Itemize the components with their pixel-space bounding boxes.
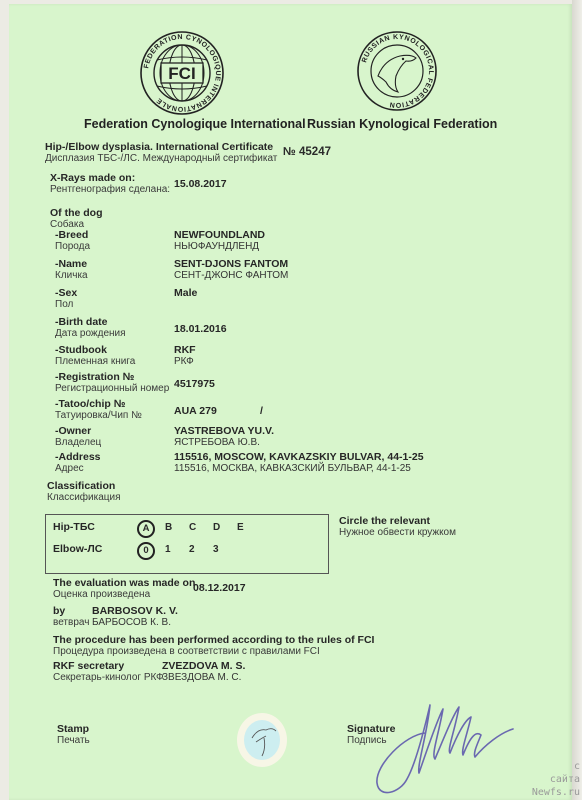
- fci-logo-icon: FCI FEDERATION CYNOLOGIQUE INTERNATIONAL…: [139, 30, 225, 116]
- field-value-en: Male: [174, 287, 197, 299]
- secretary-label-ru: Секретарь-кинолог РКФ: [53, 672, 164, 683]
- field-value-ru: СЕНТ-ДЖОНС ФАНТОМ: [174, 270, 288, 281]
- watermark: с сайта Newfs.ru: [532, 760, 580, 799]
- field-value-en: AUA 279: [174, 405, 217, 417]
- dog-section-label-en: Of the dog: [50, 207, 103, 219]
- field-separator: /: [260, 405, 263, 417]
- field-label-ru: Пол: [55, 299, 73, 310]
- classification-label-ru: Классификация: [47, 492, 121, 503]
- field-label-en: -Tatoo/chip №: [55, 398, 125, 410]
- field-label-ru: Порода: [55, 241, 90, 252]
- stamp-label-ru: Печать: [57, 735, 90, 746]
- field-label-en: -Owner: [55, 425, 91, 437]
- field-label-en: -Address: [55, 451, 101, 463]
- watermark-line-3: Newfs.ru: [532, 786, 580, 799]
- hip-grade-b[interactable]: B: [165, 522, 172, 533]
- field-label-en: -Birth date: [55, 316, 108, 328]
- classification-label-en: Classification: [47, 480, 115, 492]
- signature-icon: [355, 695, 515, 800]
- by-label-ru: ветврач: [53, 617, 89, 628]
- hologram-stamp-icon: [236, 712, 288, 768]
- field-label-en: -Breed: [55, 229, 88, 241]
- field-label-ru: Владелец: [55, 437, 101, 448]
- rkf-logo-icon: RUSSIAN KYNOLOGICAL FEDERATION: [356, 30, 438, 112]
- procedure-text-ru: Процедура произведена в соответствии с п…: [53, 646, 320, 657]
- field-label-en: -Studbook: [55, 344, 107, 356]
- elbow-grade-1[interactable]: 1: [165, 544, 171, 555]
- secretary-label-en: RKF secretary: [53, 660, 124, 672]
- evaluation-label-ru: Оценка произведена: [53, 589, 150, 600]
- xray-label-ru: Рентгенография сделана:: [50, 184, 170, 195]
- certificate-number: № 45247: [283, 146, 331, 158]
- watermark-line-1: с: [532, 760, 580, 773]
- hip-grade-c[interactable]: C: [189, 522, 196, 533]
- elbow-grade-2[interactable]: 2: [189, 544, 195, 555]
- field-value-en: 4517975: [174, 378, 215, 390]
- field-value-ru: НЬЮФАУНДЛЕНД: [174, 241, 259, 252]
- field-label-ru: Кличка: [55, 270, 88, 281]
- field-value-en: SENT-DJONS FANTOM: [174, 258, 288, 270]
- field-value-en: RKF: [174, 344, 196, 356]
- stamp-label-en: Stamp: [57, 723, 89, 735]
- svg-text:FCI: FCI: [168, 64, 195, 83]
- watermark-line-2: сайта: [532, 773, 580, 786]
- field-label-en: -Name: [55, 258, 87, 270]
- scan-edge: [572, 0, 582, 800]
- field-value-ru: ЯСТРЕБОВА Ю.В.: [174, 437, 260, 448]
- field-value-en: NEWFOUNDLAND: [174, 229, 265, 241]
- elbow-label: Elbow-ЛС: [53, 543, 102, 555]
- secretary-name-en: ZVEZDOVA M. S.: [162, 660, 245, 672]
- circle-note-ru: Нужное обвести кружком: [339, 527, 456, 538]
- vet-name-en: BARBOSOV K. V.: [92, 605, 178, 617]
- vet-name-ru: БАРБОСОВ К. В.: [92, 617, 171, 628]
- xray-date: 15.08.2017: [174, 178, 227, 190]
- hip-label: Hip-ТБС: [53, 521, 95, 533]
- field-label-ru: Регистрационный номер: [55, 383, 169, 394]
- fci-org-name: Federation Cynologique International: [84, 117, 306, 131]
- elbow-grade-3[interactable]: 3: [213, 544, 219, 555]
- certificate-title-en: Hip-/Elbow dysplasia. International Cert…: [45, 141, 273, 153]
- field-label-ru: Адрес: [55, 463, 84, 474]
- hip-grade-e[interactable]: E: [237, 522, 244, 533]
- certificate-title-ru: Дисплазия ТБС-/ЛС. Международный сертифи…: [45, 153, 277, 164]
- evaluation-label-en: The evaluation was made on: [53, 577, 195, 589]
- elbow-grade-0[interactable]: 0: [137, 542, 155, 560]
- hip-grade-d[interactable]: D: [213, 522, 220, 533]
- field-value-en: YASTREBOVA YU.V.: [174, 425, 274, 437]
- field-label-ru: Племенная книга: [55, 356, 135, 367]
- hip-grade-a[interactable]: A: [137, 520, 155, 538]
- field-value-en: 115516, MOSCOW, KAVKAZSKIY BULVAR, 44-1-…: [174, 451, 424, 463]
- rkf-org-name: Russian Kynological Federation: [307, 117, 497, 131]
- field-value-en: 18.01.2016: [174, 323, 227, 335]
- evaluation-date: 08.12.2017: [193, 582, 246, 594]
- xray-label-en: X-Rays made on:: [50, 172, 135, 184]
- field-label-ru: Дата рождения: [55, 328, 126, 339]
- procedure-text-en: The procedure has been performed accordi…: [53, 634, 374, 646]
- field-value-ru: 115516, МОСКВА, КАВКАЗСКИЙ БУЛЬВАР, 44-1…: [174, 463, 411, 474]
- secretary-name-ru: ЗВЕЗДОВА М. С.: [162, 672, 241, 683]
- field-value-ru: РКФ: [174, 356, 194, 367]
- field-label-en: -Registration №: [55, 371, 134, 383]
- circle-note-en: Circle the relevant: [339, 515, 430, 527]
- field-label-en: -Sex: [55, 287, 77, 299]
- field-label-ru: Татуировка/Чип №: [55, 410, 142, 421]
- by-label-en: by: [53, 605, 65, 617]
